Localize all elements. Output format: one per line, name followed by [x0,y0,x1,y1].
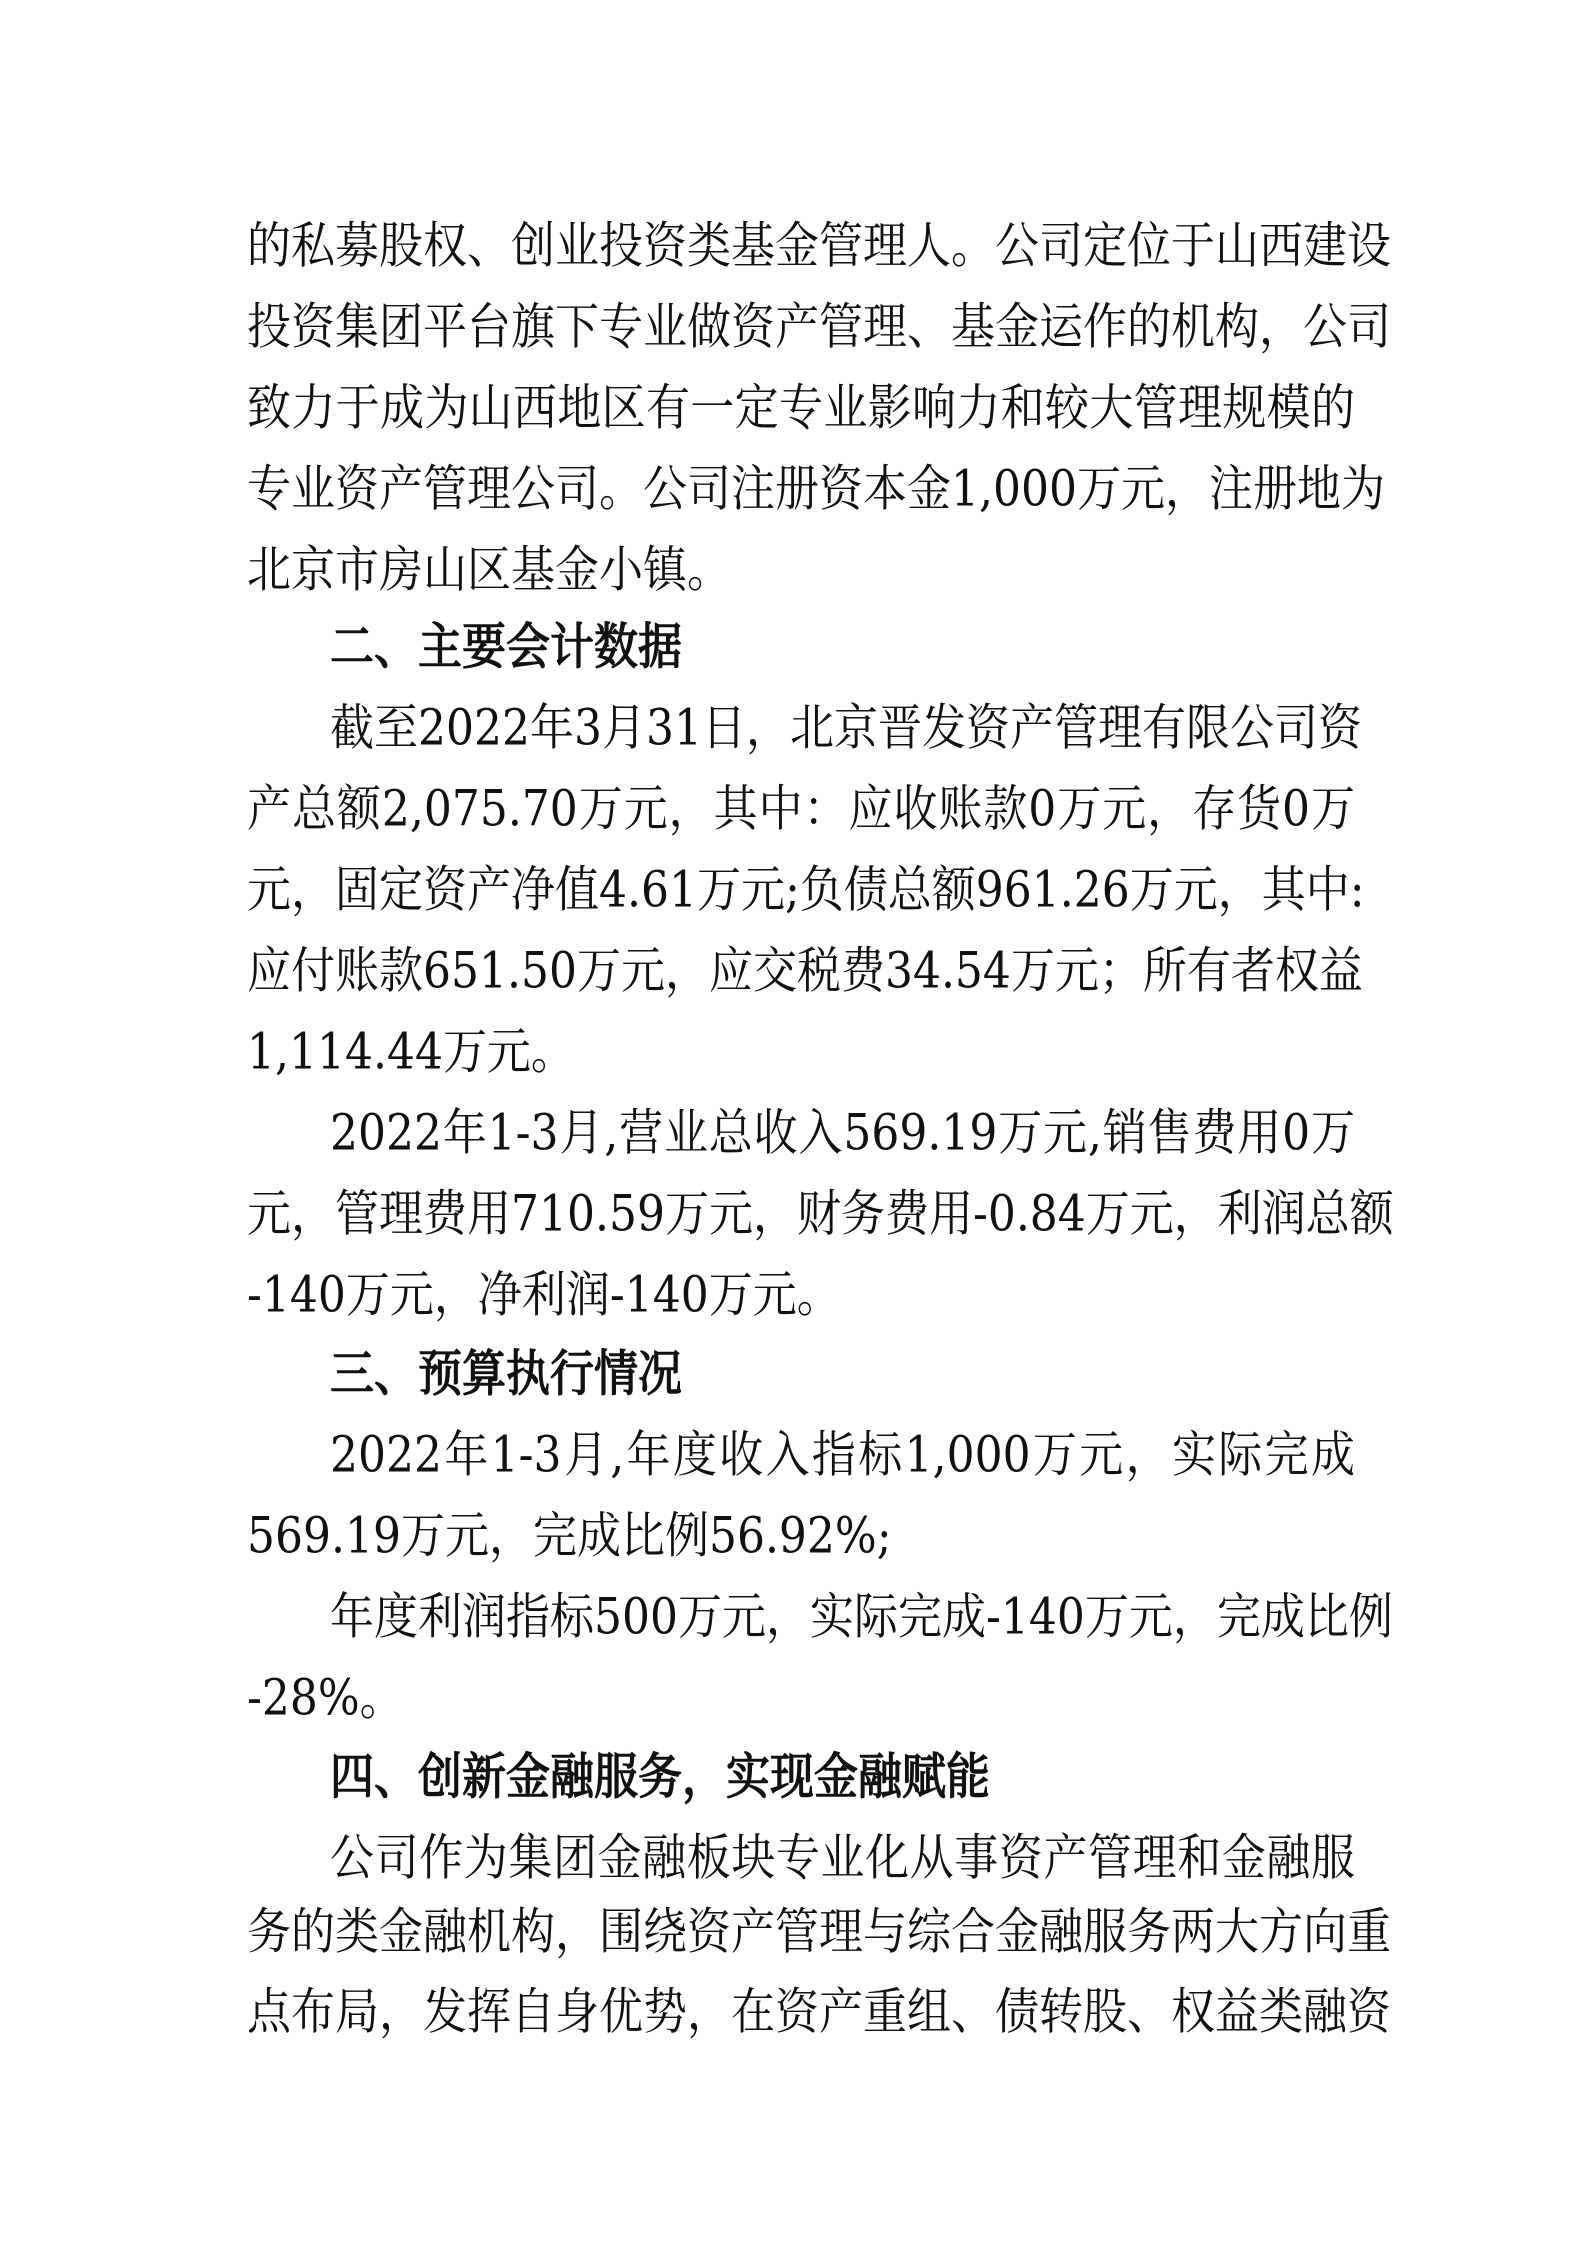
text-line: -28%。 [247,1665,1355,1732]
text-line: 公司作为集团金融板块专业化从事资产管理和金融服 [330,1825,1355,1892]
section-heading: 四、创新金融服务，实现金融赋能 [330,1744,1355,1811]
text-line: 2022年1-3月,营业总收入569.19万元,销售费用0万 [330,1100,1355,1167]
text-line: 年度利润指标500万元，实际完成-140万元，完成比例 [330,1584,1355,1651]
text-line: 元，固定资产净值4.61万元;负债总额961.26万元，其中: [247,857,1355,924]
document-page: 的私募股权、创业投资类基金管理人。公司定位于山西建设 投资集团平台旗下专业做资产… [0,0,1587,2245]
text-line: -140万元，净利润-140万元。 [247,1262,1355,1329]
text-line: 569.19万元，完成比例56.92%; [247,1503,1355,1570]
text-line: 应付账款651.50万元，应交税费34.54万元；所有者权益 [247,938,1355,1005]
text-line: 截至2022年3月31日，北京晋发资产管理有限公司资 [330,695,1355,762]
text-line: 北京市房山区基金小镇。 [247,537,1355,604]
text-line: 1,114.44万元。 [247,1019,1355,1086]
text-line: 2022年1-3月,年度收入指标1,000万元，实际完成 [330,1422,1355,1489]
text-line: 元，管理费用710.59万元，财务费用-0.84万元，利润总额 [247,1181,1355,1248]
text-line: 专业资产管理公司。公司注册资本金1,000万元，注册地为 [247,456,1355,523]
text-line: 的私募股权、创业投资类基金管理人。公司定位于山西建设 [247,213,1355,280]
text-line: 致力于成为山西地区有一定专业影响力和较大管理规模的 [247,375,1355,442]
section-heading: 三、预算执行情况 [330,1341,1355,1408]
text-line: 务的类金融机构，围绕资产管理与综合金融服务两大方向重 [247,1899,1355,1966]
text-line: 产总额2,075.70万元，其中：应收账款0万元，存货0万 [247,776,1355,843]
section-heading: 二、主要会计数据 [330,614,1355,681]
text-line: 点布局，发挥自身优势，在资产重组、债转股、权益类融资 [247,1979,1355,2046]
text-line: 投资集团平台旗下专业做资产管理、基金运作的机构，公司 [247,294,1355,361]
